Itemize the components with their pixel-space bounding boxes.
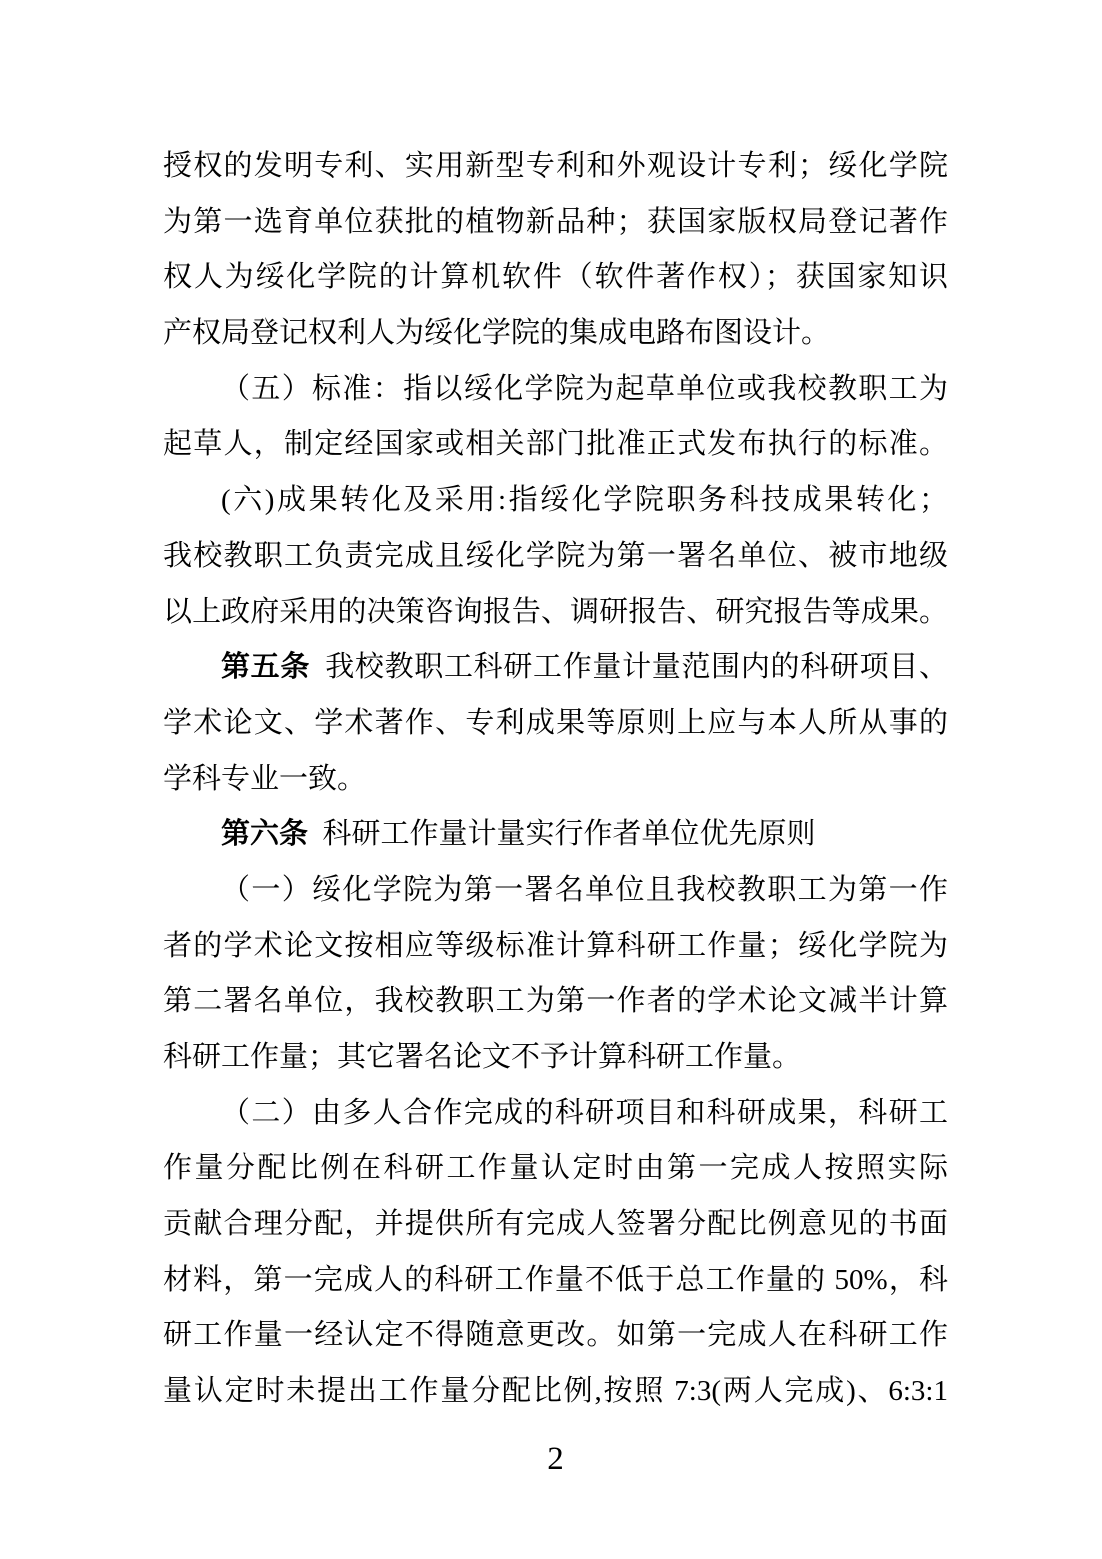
article-6-item-1-line-4: 科研工作量；其它署名论文不予计算科研工作量。 [163,1030,948,1086]
article-6-item-2-line-5: 研工作量一经认定不得随意更改。如第一完成人在科研工作 [163,1308,948,1364]
para-ip-continuation-line-3: 权人为绥化学院的计算机软件（软件著作权）；获国家知识 [163,250,948,306]
article-number-label: 第五条 [221,651,310,683]
article-number-label: 第六条 [221,818,308,850]
document-body: 授权的发明专利、实用新型专利和外观设计专利；绥化学院为第一选育单位获批的植物新品… [163,139,948,1420]
document-page: 授权的发明专利、实用新型专利和外观设计专利；绥化学院为第一选育单位获批的植物新品… [0,0,1102,1559]
article-6-item-2-line-1: （二）由多人合作完成的科研项目和科研成果，科研工 [163,1086,948,1142]
article-5-line-1: 第五条 我校教职工科研工作量计量范围内的科研项目、 [163,640,948,696]
article-6-item-2-line-4: 材料，第一完成人的科研工作量不低于总工作量的 50%，科 [163,1253,948,1309]
para-ip-continuation-line-4: 产权局登记权利人为绥化学院的集成电路布图设计。 [163,306,948,362]
item-6-achievement-transformation-line-2: 我校教职工负责完成且绥化学院为第一署名单位、被市地级 [163,529,948,585]
article-5-line-3: 学科专业一致。 [163,752,948,808]
article-6-line-1: 第六条 科研工作量计量实行作者单位优先原则 [163,807,948,863]
article-6-item-2-line-3: 贡献合理分配，并提供所有完成人签署分配比例意见的书面 [163,1197,948,1253]
article-6-item-1-line-2: 者的学术论文按相应等级标准计算科研工作量；绥化学院为 [163,919,948,975]
article-6-item-1-line-3: 第二署名单位，我校教职工为第一作者的学术论文减半计算 [163,974,948,1030]
article-6-item-2-line-6: 量认定时未提出工作量分配比例,按照 7:3(两人完成)、6:3:1 [163,1364,948,1420]
item-6-achievement-transformation-line-1: (六)成果转化及采用:指绥化学院职务科技成果转化； [163,473,948,529]
article-6-item-2-line-2: 作量分配比例在科研工作量认定时由第一完成人按照实际 [163,1141,948,1197]
article-6-item-1-line-1: （一）绥化学院为第一署名单位且我校教职工为第一作 [163,863,948,919]
item-5-standards-line-2: 起草人，制定经国家或相关部门批准正式发布执行的标准。 [163,417,948,473]
article-5-line-2: 学术论文、学术著作、专利成果等原则上应与本人所从事的 [163,696,948,752]
para-ip-continuation-line-1: 授权的发明专利、实用新型专利和外观设计专利；绥化学院 [163,139,948,195]
para-ip-continuation-line-2: 为第一选育单位获批的植物新品种；获国家版权局登记著作 [163,195,948,251]
item-5-standards-line-1: （五）标准：指以绥化学院为起草单位或我校教职工为 [163,362,948,418]
page-number: 2 [163,1438,948,1480]
item-6-achievement-transformation-line-3: 以上政府采用的决策咨询报告、调研报告、研究报告等成果。 [163,585,948,641]
